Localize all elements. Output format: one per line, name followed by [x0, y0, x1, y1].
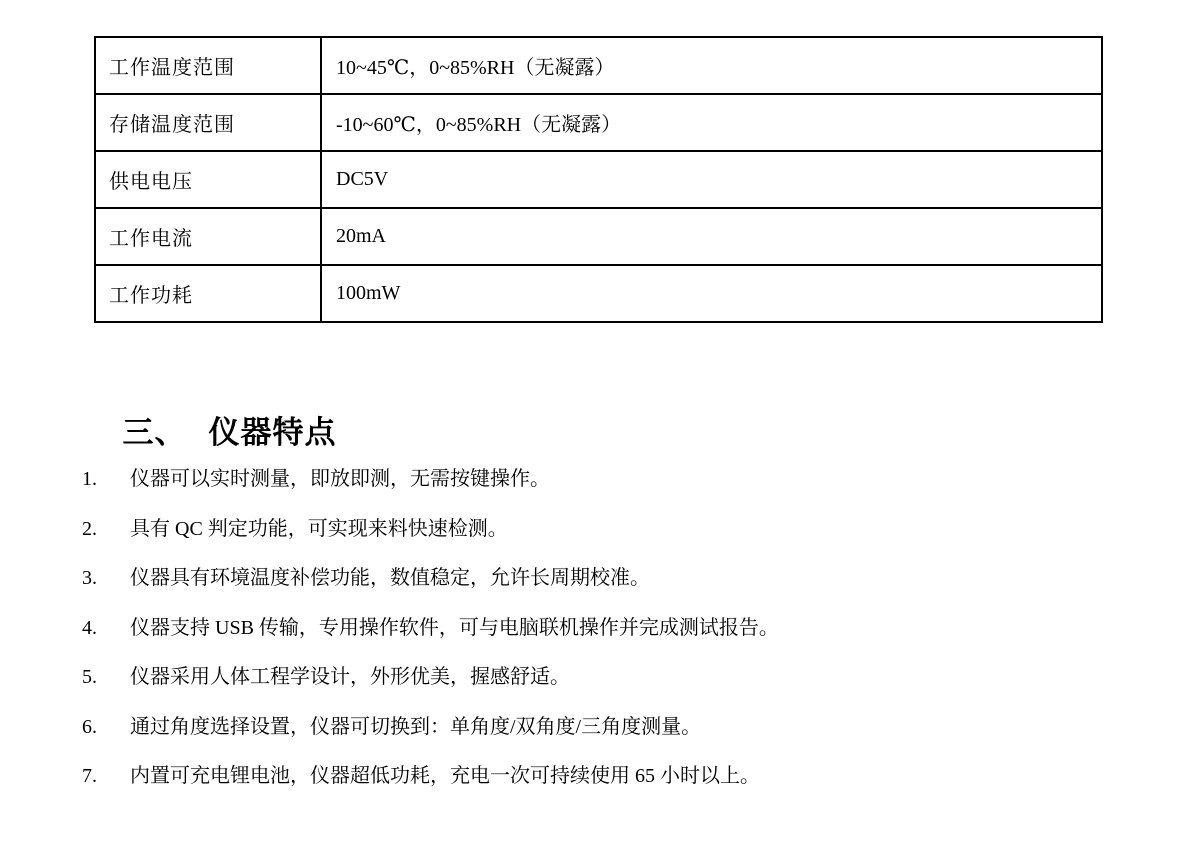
spec-label-cell: 工作电流: [95, 208, 321, 265]
table-row: 工作功耗 100mW: [95, 265, 1102, 322]
spec-value-cell: 10~45℃，0~85%RH（无凝露）: [321, 37, 1102, 94]
list-item: 7. 内置可充电锂电池，仪器超低功耗，充电一次可持续使用 65 小时以上。: [82, 763, 779, 790]
list-item: 3. 仪器具有环境温度补偿功能，数值稳定，允许长周期校准。: [82, 565, 779, 592]
list-item: 1. 仪器可以实时测量，即放即测，无需按键操作。: [82, 466, 779, 493]
table-row: 工作电流 20mA: [95, 208, 1102, 265]
list-item-number: 2.: [82, 516, 130, 543]
spec-table-body: 工作温度范围 10~45℃，0~85%RH（无凝露） 存储温度范围 -10~60…: [95, 37, 1102, 322]
feature-list: 1. 仪器可以实时测量，即放即测，无需按键操作。 2. 具有 QC 判定功能，可…: [82, 466, 779, 813]
list-item-text: 仪器具有环境温度补偿功能，数值稳定，允许长周期校准。: [130, 565, 650, 592]
spec-value-cell: 20mA: [321, 208, 1102, 265]
spec-value-cell: DC5V: [321, 151, 1102, 208]
list-item-text: 仪器支持 USB 传输，专用操作软件，可与电脑联机操作并完成测试报告。: [130, 615, 779, 642]
table-row: 存储温度范围 -10~60℃，0~85%RH（无凝露）: [95, 94, 1102, 151]
spec-label-cell: 供电电压: [95, 151, 321, 208]
list-item-number: 6.: [82, 714, 130, 741]
list-item-text: 内置可充电锂电池，仪器超低功耗，充电一次可持续使用 65 小时以上。: [130, 763, 760, 790]
list-item-number: 7.: [82, 763, 130, 790]
list-item-text: 仪器采用人体工程学设计，外形优美，握感舒适。: [130, 664, 570, 691]
list-item-text: 具有 QC 判定功能，可实现来料快速检测。: [130, 516, 508, 543]
list-item: 4. 仪器支持 USB 传输，专用操作软件，可与电脑联机操作并完成测试报告。: [82, 615, 779, 642]
document-page: 工作温度范围 10~45℃，0~85%RH（无凝露） 存储温度范围 -10~60…: [0, 0, 1199, 845]
list-item-number: 3.: [82, 565, 130, 592]
table-row: 供电电压 DC5V: [95, 151, 1102, 208]
spec-value-cell: -10~60℃，0~85%RH（无凝露）: [321, 94, 1102, 151]
list-item: 2. 具有 QC 判定功能，可实现来料快速检测。: [82, 516, 779, 543]
list-item-number: 4.: [82, 615, 130, 642]
list-item-text: 通过角度选择设置，仪器可切换到：单角度/双角度/三角度测量。: [130, 714, 701, 741]
section-number: 三、: [122, 415, 186, 450]
list-item: 6. 通过角度选择设置，仪器可切换到：单角度/双角度/三角度测量。: [82, 714, 779, 741]
list-item-text: 仪器可以实时测量，即放即测，无需按键操作。: [130, 466, 550, 493]
table-row: 工作温度范围 10~45℃，0~85%RH（无凝露）: [95, 37, 1102, 94]
spec-label-cell: 存储温度范围: [95, 94, 321, 151]
spec-value-cell: 100mW: [321, 265, 1102, 322]
list-item: 5. 仪器采用人体工程学设计，外形优美，握感舒适。: [82, 664, 779, 691]
section-title: 仪器特点: [208, 415, 336, 450]
list-item-number: 1.: [82, 466, 130, 493]
spec-label-cell: 工作功耗: [95, 265, 321, 322]
spec-label-cell: 工作温度范围: [95, 37, 321, 94]
spec-table: 工作温度范围 10~45℃，0~85%RH（无凝露） 存储温度范围 -10~60…: [94, 36, 1103, 323]
list-item-number: 5.: [82, 664, 130, 691]
